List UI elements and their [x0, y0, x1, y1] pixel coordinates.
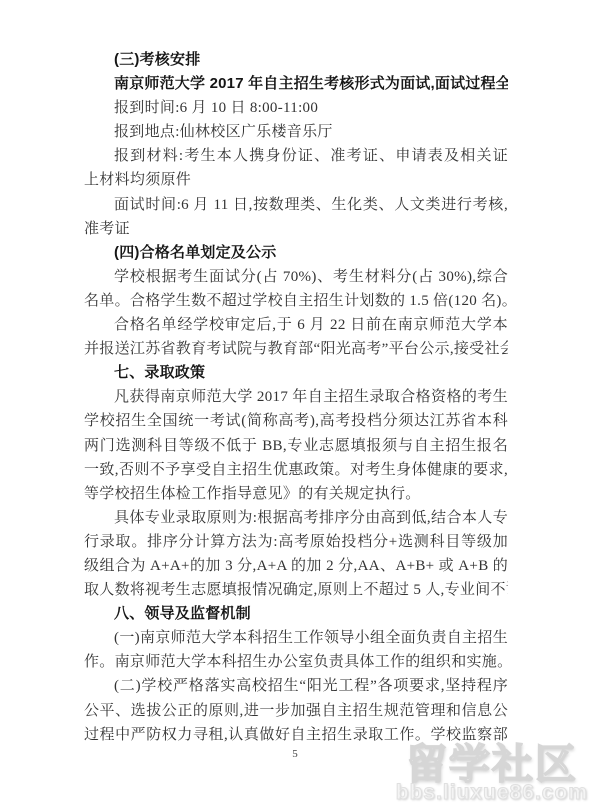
text-line: 学校根据考生面试分(占 70%)、考生材料分(占 30%),综合确定考生合格	[84, 265, 508, 289]
text-line: 具体专业录取原则为:根据高考排序分由高到低,结合本人专业志愿填报进	[84, 506, 508, 530]
text-line: 等学校招生体检工作指导意见》的有关规定执行。	[84, 482, 508, 506]
text-line: 上材料均须原件	[84, 168, 508, 192]
text-line: 并报送江苏省教育考试院与教育部“阳光高考”平台公示,接受社会监督。	[84, 337, 508, 361]
text-line: 作。南京师范大学本科招生办公室负责具体工作的组织和实施。	[84, 650, 508, 674]
watermark: 留学社区 bbs.liuxue86.com	[396, 744, 588, 803]
section-heading: (四)合格名单划定及公示	[84, 241, 508, 265]
text-line: 两门选测科目等级不低于 BB,专业志愿填报须与自主招生报名申请专业(类)	[84, 434, 508, 458]
text-line: 报到材料:考生本人携身份证、准考证、申请表及相关证书、证明材料。以	[84, 144, 508, 168]
watermark-url: bbs.liuxue86.com	[396, 782, 588, 803]
text-line: 一致,否则不予享受自主招生优惠政策。对考生身体健康的要求,参照《普通高	[84, 458, 508, 482]
section-heading: 南京师范大学 2017 年自主招生考核形式为面试,面试过程全程录像。	[84, 72, 508, 96]
text-line: 凡获得南京师范大学 2017 年自主招生录取合格资格的考生须参加普通高等	[84, 385, 508, 409]
text-line: 报到时间:6 月 10 日 8:00-11:00	[84, 96, 508, 120]
section-heading: 七、录取政策	[84, 361, 508, 385]
text-line: 公平、选拔公正的原则,进一步加强自主招生规范管理和信息公开,在自主招生	[84, 699, 508, 723]
text-line: 学校招生全国统一考试(简称高考),高考投档分须达江苏省本科一批控制线,	[84, 409, 508, 433]
text-line: 面试时间:6 月 11 日,按数理类、生化类、人文类进行考核,具体安排见	[84, 193, 508, 217]
document-page: (三)考核安排南京师范大学 2017 年自主招生考核形式为面试,面试过程全程录像…	[0, 0, 590, 803]
document-body: (三)考核安排南京师范大学 2017 年自主招生考核形式为面试,面试过程全程录像…	[84, 48, 508, 747]
section-heading: (三)考核安排	[84, 48, 508, 72]
text-line: 名单。合格学生数不超过学校自主招生计划数的 1.5 倍(120 名)。	[84, 289, 508, 313]
watermark-title: 留学社区	[396, 744, 588, 785]
text-line: 准考证	[84, 217, 508, 241]
text-line: (一)南京师范大学本科招生工作领导小组全面负责自主招生录取试点工	[84, 626, 508, 650]
text-line: 取人数将视考生志愿填报情况确定,原则上不超过 5 人,专业间不设级差。	[84, 578, 508, 602]
text-line: 合格名单经学校审定后,于 6 月 22 日前在南京师范大学本科招生网公示,	[84, 313, 508, 337]
section-heading: 八、领导及监督机制	[84, 602, 508, 626]
text-line: 报到地点:仙林校区广乐楼音乐厅	[84, 120, 508, 144]
text-line: 行录取。排序分计算方法为:高考原始投档分+选测科目等级加分(选测科目等	[84, 530, 508, 554]
text-line: (二)学校严格落实高校招生“阳光工程”各项要求,坚持程序公开、竞争	[84, 674, 508, 698]
text-line: 级组合为 A+A+的加 3 分,A+A 的加 2 分,AA、A+B+ 或 A+B…	[84, 554, 508, 578]
